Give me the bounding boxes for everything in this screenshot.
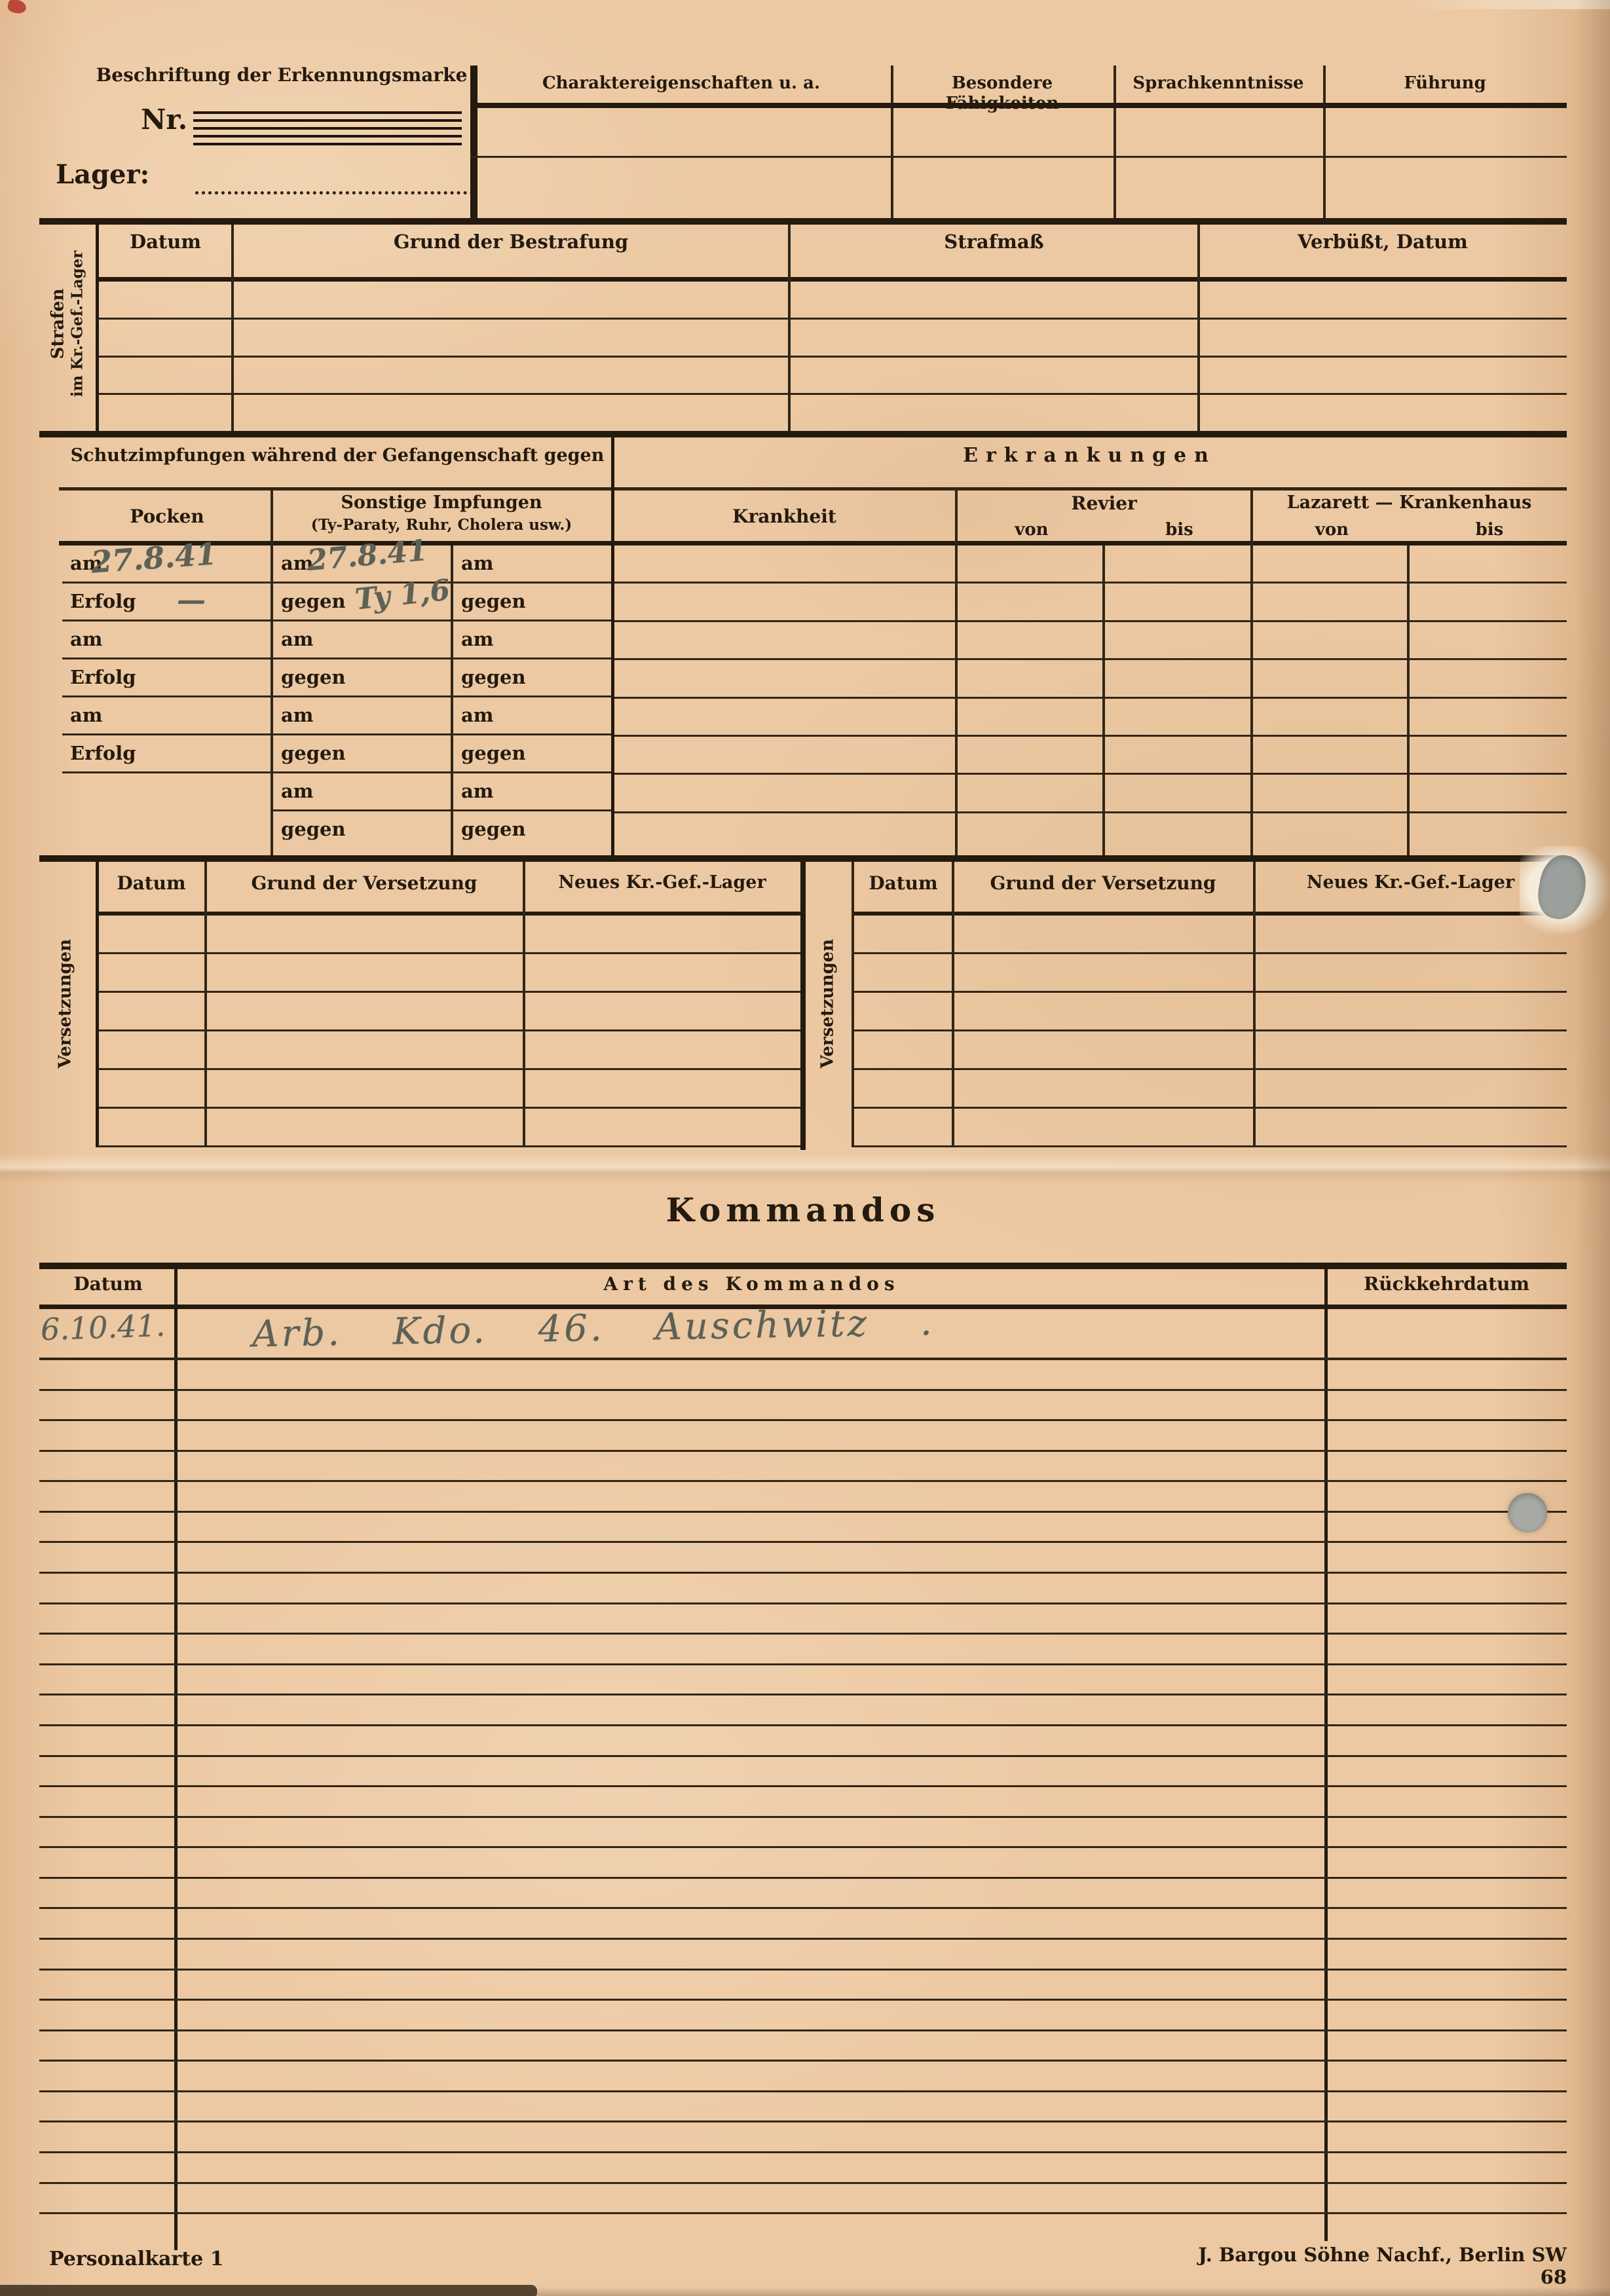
table-row bbox=[39, 2122, 1567, 2153]
am-label: am bbox=[70, 704, 102, 726]
col-fuehrung: Führung bbox=[1327, 73, 1563, 94]
sonstige-gegen-row: gegen bbox=[273, 811, 451, 849]
pocken-erfolg-row: Erfolg bbox=[62, 659, 271, 697]
sonstige-gegen-row: gegen bbox=[453, 735, 611, 773]
table-row bbox=[39, 1879, 1567, 1910]
table-row bbox=[854, 916, 1567, 954]
strafen-col-verbuesst: Verbüßt, Datum bbox=[1199, 231, 1567, 253]
col-besondere-faehigkeiten: Besondere Fähigkeiten bbox=[895, 73, 1110, 113]
section-border bbox=[39, 218, 1567, 225]
pocken-erfolg-row: Erfolg — bbox=[62, 583, 271, 621]
table-row bbox=[614, 546, 1567, 583]
strafen-col-grund: Grund der Bestrafung bbox=[233, 231, 789, 253]
personalkarte-back-page: Beschriftung der Erkennungsmarke Nr. Lag… bbox=[0, 0, 1610, 2296]
table-border bbox=[470, 65, 477, 218]
sonstige-am-row: am bbox=[453, 546, 611, 583]
divider-line bbox=[1114, 65, 1116, 218]
am-label: am bbox=[281, 628, 313, 650]
table-row bbox=[39, 1574, 1567, 1604]
section-border bbox=[39, 431, 1567, 437]
scan-bottom-shade bbox=[0, 2287, 1610, 2296]
page-edge-shadow bbox=[1575, 0, 1610, 2296]
strafen-side-label: Strafen im Kr.-Gef.-Lager bbox=[48, 215, 87, 432]
lager-label: Lager: bbox=[56, 159, 149, 190]
table-row bbox=[39, 2184, 1567, 2215]
versetzungen-col-datum: Datum bbox=[98, 872, 204, 894]
pocken-am-row: am 27.8.41 bbox=[62, 546, 271, 583]
table-row bbox=[854, 993, 1567, 1031]
table-row bbox=[39, 1695, 1567, 1726]
sonstige-am-row: am bbox=[453, 773, 611, 811]
sonstige-am-row: am bbox=[273, 773, 451, 811]
divider-line bbox=[1323, 65, 1326, 218]
table-row bbox=[98, 916, 800, 954]
gegen-label: gegen bbox=[281, 818, 346, 840]
erfolg-label: Erfolg bbox=[70, 590, 136, 612]
pocken-label: Pocken bbox=[62, 506, 272, 527]
handwritten-pocken-erfolg: — bbox=[177, 583, 206, 617]
strafen-col-strafmass: Strafmaß bbox=[789, 231, 1199, 253]
red-ink-mark bbox=[7, 0, 28, 15]
table-row bbox=[39, 1452, 1567, 1483]
versetzungen-right-rows bbox=[854, 916, 1567, 1147]
subheader-underline bbox=[59, 541, 1567, 546]
table-row bbox=[39, 2062, 1567, 2092]
pocken-am-row: am bbox=[62, 697, 271, 735]
table-row bbox=[98, 993, 800, 1031]
table-row bbox=[614, 775, 1567, 813]
printer-label: J. Bargou Söhne Nachf., Berlin SW 68 bbox=[1172, 2244, 1567, 2288]
kommandos-col-datum: Datum bbox=[39, 1273, 177, 1295]
lazarett-bis-label: bis bbox=[1476, 520, 1504, 540]
strafen-side-label-line1: Strafen bbox=[48, 215, 69, 432]
revier-von-bis: von bis bbox=[956, 520, 1252, 540]
lazarett-von-label: von bbox=[1315, 520, 1349, 540]
col-sprachkenntnisse: Sprachkenntnisse bbox=[1117, 73, 1319, 94]
versetzungen-side-label-2: Versetzungen bbox=[817, 873, 838, 1135]
row-line bbox=[470, 156, 1567, 158]
divider-line bbox=[891, 65, 893, 218]
lazarett-von-bis: von bis bbox=[1252, 520, 1567, 540]
table-row bbox=[854, 954, 1567, 993]
table-row bbox=[614, 813, 1567, 849]
table-row bbox=[854, 1109, 1567, 1147]
table-row bbox=[98, 282, 1567, 320]
versetzungen-col-grund-2: Grund der Versetzung bbox=[953, 872, 1253, 894]
sonstige-am-row: am bbox=[453, 621, 611, 659]
table-row bbox=[854, 1031, 1567, 1070]
kommandos-title: Kommandos bbox=[476, 1191, 1131, 1229]
table-row bbox=[614, 737, 1567, 775]
table-row bbox=[39, 1940, 1567, 1971]
table-row bbox=[39, 2153, 1567, 2184]
erkrankungen-empty-rows bbox=[614, 546, 1567, 849]
table-row bbox=[39, 1635, 1567, 1665]
sonstige-column-2: am gegen am gegen am gegen am gegen bbox=[453, 546, 611, 849]
table-row bbox=[39, 1848, 1567, 1879]
strafen-side-label-line2: im Kr.-Gef.-Lager bbox=[69, 215, 87, 432]
gegen-label: gegen bbox=[461, 818, 526, 840]
gegen-label: gegen bbox=[461, 666, 526, 688]
table-row bbox=[39, 1757, 1567, 1788]
table-row bbox=[39, 1391, 1567, 1422]
table-row bbox=[39, 1604, 1567, 1635]
table-row bbox=[39, 1360, 1567, 1391]
lazarett-label: Lazarett — Krankenhaus bbox=[1252, 492, 1567, 513]
strafen-col-datum: Datum bbox=[98, 231, 233, 253]
fold-crease bbox=[0, 1154, 1610, 1184]
kommandos-col-art: Art des Kommandos bbox=[177, 1273, 1326, 1295]
table-row bbox=[39, 1513, 1567, 1544]
sonstige-gegen-row: gegen bbox=[453, 659, 611, 697]
am-label: am bbox=[461, 704, 493, 726]
sonstige-impfungen-sublabel: (Ty-Paraty, Ruhr, Cholera usw.) bbox=[272, 516, 611, 534]
gegen-label: gegen bbox=[281, 666, 346, 688]
col-charaktereigenschaften: Charaktereigenschaften u. a. bbox=[478, 73, 884, 94]
kommandos-col-rueckkehr: Rückkehrdatum bbox=[1326, 1273, 1567, 1295]
table-row bbox=[39, 2031, 1567, 2062]
erkennungsmarke-label: Beschriftung der Erkennungsmarke bbox=[85, 64, 478, 86]
divider-line bbox=[800, 862, 806, 1150]
lager-dotted-line bbox=[195, 164, 474, 194]
am-label: am bbox=[70, 628, 102, 650]
table-row bbox=[854, 1070, 1567, 1109]
strafen-empty-rows bbox=[98, 282, 1567, 431]
section-border bbox=[39, 855, 1567, 862]
sonstige-gegen-row: gegen bbox=[273, 659, 451, 697]
table-row bbox=[98, 1109, 800, 1147]
table-row bbox=[98, 358, 1567, 396]
revier-von-label: von bbox=[1015, 520, 1048, 540]
revier-label: Revier bbox=[956, 492, 1252, 514]
sonstige-gegen-row: gegen bbox=[453, 811, 611, 849]
table-row bbox=[39, 2001, 1567, 2031]
nr-label: Nr. bbox=[141, 103, 187, 136]
pocken-column: am 27.8.41 Erfolg — am Erfolg am Erfolg bbox=[62, 546, 271, 773]
impfungen-header: Schutzimpfungen während der Gefangenscha… bbox=[62, 445, 612, 466]
table-row bbox=[614, 699, 1567, 737]
erfolg-label: Erfolg bbox=[70, 742, 136, 764]
erkrankungen-header: Erkrankungen bbox=[612, 444, 1567, 467]
table-row bbox=[39, 1665, 1567, 1696]
gegen-label: gegen bbox=[461, 590, 526, 612]
table-row bbox=[39, 1726, 1567, 1757]
versetzungen-col-datum-2: Datum bbox=[854, 872, 952, 894]
am-label: am bbox=[461, 628, 493, 650]
sonstige-am-row: am bbox=[273, 697, 451, 735]
sonstige-am-row: am bbox=[273, 621, 451, 659]
table-row bbox=[39, 2092, 1567, 2123]
section-border bbox=[39, 1263, 1567, 1269]
versetzungen-left-rows bbox=[98, 916, 800, 1147]
table-row bbox=[39, 1787, 1567, 1818]
table-row bbox=[98, 1031, 800, 1070]
am-label: am bbox=[281, 704, 313, 726]
table-row bbox=[98, 954, 800, 993]
table-row bbox=[39, 1818, 1567, 1849]
sonstige-gegen-row: gegen bbox=[453, 583, 611, 621]
table-row bbox=[614, 622, 1567, 660]
table-row bbox=[98, 395, 1567, 431]
table-row bbox=[39, 1421, 1567, 1452]
revier-bis-label: bis bbox=[1165, 520, 1193, 540]
erfolg-label: Erfolg bbox=[70, 666, 136, 688]
handwritten-kommando-date: 6.10.41. bbox=[40, 1308, 166, 1348]
table-row bbox=[614, 660, 1567, 698]
sonstige-impfungen-label: Sonstige Impfungen bbox=[272, 492, 611, 513]
handwritten-kommando-text: Arb. Kdo. 46. Auschwitz . bbox=[252, 1301, 935, 1356]
versetzungen-side-label: Versetzungen bbox=[55, 873, 75, 1135]
punch-hole-2 bbox=[1508, 1493, 1547, 1532]
gegen-label: gegen bbox=[281, 590, 346, 612]
pocken-erfolg-row: Erfolg bbox=[62, 735, 271, 773]
kommandos-empty-rows bbox=[39, 1360, 1567, 2214]
header-underline bbox=[98, 277, 1567, 282]
table-row bbox=[98, 320, 1567, 358]
table-row bbox=[39, 1543, 1567, 1574]
table-row bbox=[39, 1909, 1567, 1940]
versetzungen-col-grund: Grund der Versetzung bbox=[206, 872, 523, 894]
table-row bbox=[614, 583, 1567, 621]
form-type-label: Personalkarte 1 bbox=[49, 2248, 223, 2270]
table-row bbox=[39, 1971, 1567, 2001]
table-row bbox=[98, 1070, 800, 1109]
am-label: am bbox=[461, 780, 493, 802]
gegen-label: gegen bbox=[281, 742, 346, 764]
sonstige-am-row: am bbox=[453, 697, 611, 735]
am-label: am bbox=[461, 552, 493, 574]
header-underline bbox=[59, 487, 1567, 491]
krankheit-label: Krankheit bbox=[612, 506, 956, 527]
gegen-label: gegen bbox=[461, 742, 526, 764]
am-label: am bbox=[281, 780, 313, 802]
pocken-am-row: am bbox=[62, 621, 271, 659]
versetzungen-col-neues: Neues Kr.-Gef.-Lager bbox=[524, 872, 800, 893]
table-row bbox=[39, 1482, 1567, 1513]
sonstige-column-1: am 27.8.41 gegen Ty 1,6 am gegen am gege… bbox=[273, 546, 451, 849]
erkennungsmarke-number-lines bbox=[193, 111, 462, 145]
sonstige-gegen-row: gegen Ty 1,6 bbox=[273, 583, 451, 621]
sonstige-gegen-row: gegen bbox=[273, 735, 451, 773]
